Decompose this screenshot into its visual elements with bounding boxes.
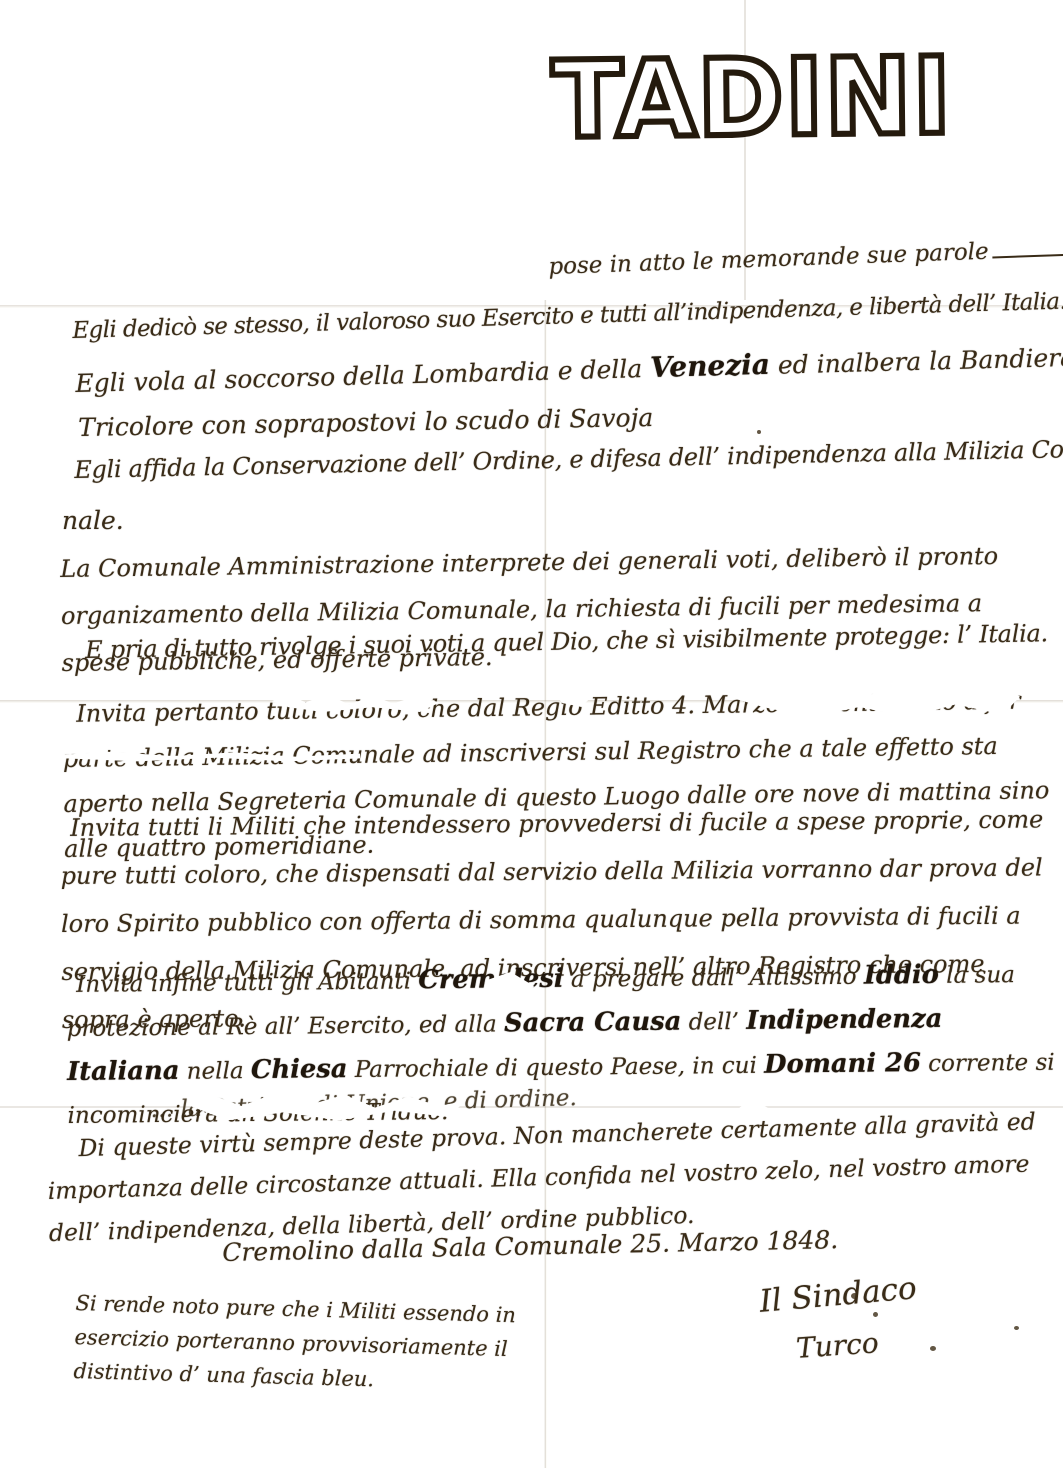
ink-speck <box>930 1346 936 1351</box>
text-segment: nella <box>179 1058 251 1085</box>
text-segment: Invita infine tutti gli Abitanti <box>76 968 418 998</box>
emphasis-domani-26: Domani 26 <box>764 1048 921 1080</box>
emphasis-venezia: Venezia <box>650 348 771 384</box>
stencil-title-fragment: TADINI <box>551 43 952 153</box>
text-segment: ed inalbera la Bandiera <box>770 343 1063 380</box>
paragraph-amministrazione: La Comunale Amministrazione interprete d… <box>60 532 1052 687</box>
ink-flourish-underline <box>993 252 1063 258</box>
scanned-document-page: { "document": { "kind": "Proclama manosc… <box>0 0 1063 1468</box>
signature-name: Turco <box>795 1326 880 1365</box>
postscript-note: Si rende noto pure che i Militi essendo … <box>73 1286 581 1402</box>
text-segment: Parrochiale di questo Paese, in cui <box>347 1053 764 1083</box>
text-segment: a pregare dall’ Altissimo <box>563 964 864 993</box>
line-nale: nale. <box>62 506 124 535</box>
ink-speck <box>873 1312 878 1317</box>
document-scan: TADINI pose in atto le memorande sue par… <box>0 0 1063 1468</box>
ink-speck <box>757 430 761 434</box>
ink-speck <box>1014 1326 1019 1330</box>
ink-speck <box>851 1293 858 1299</box>
emphasis-chiesa: Chiesa <box>251 1054 348 1085</box>
emphasis-iddio: Iddio <box>864 960 939 991</box>
text-segment: dell’ <box>681 1009 746 1036</box>
